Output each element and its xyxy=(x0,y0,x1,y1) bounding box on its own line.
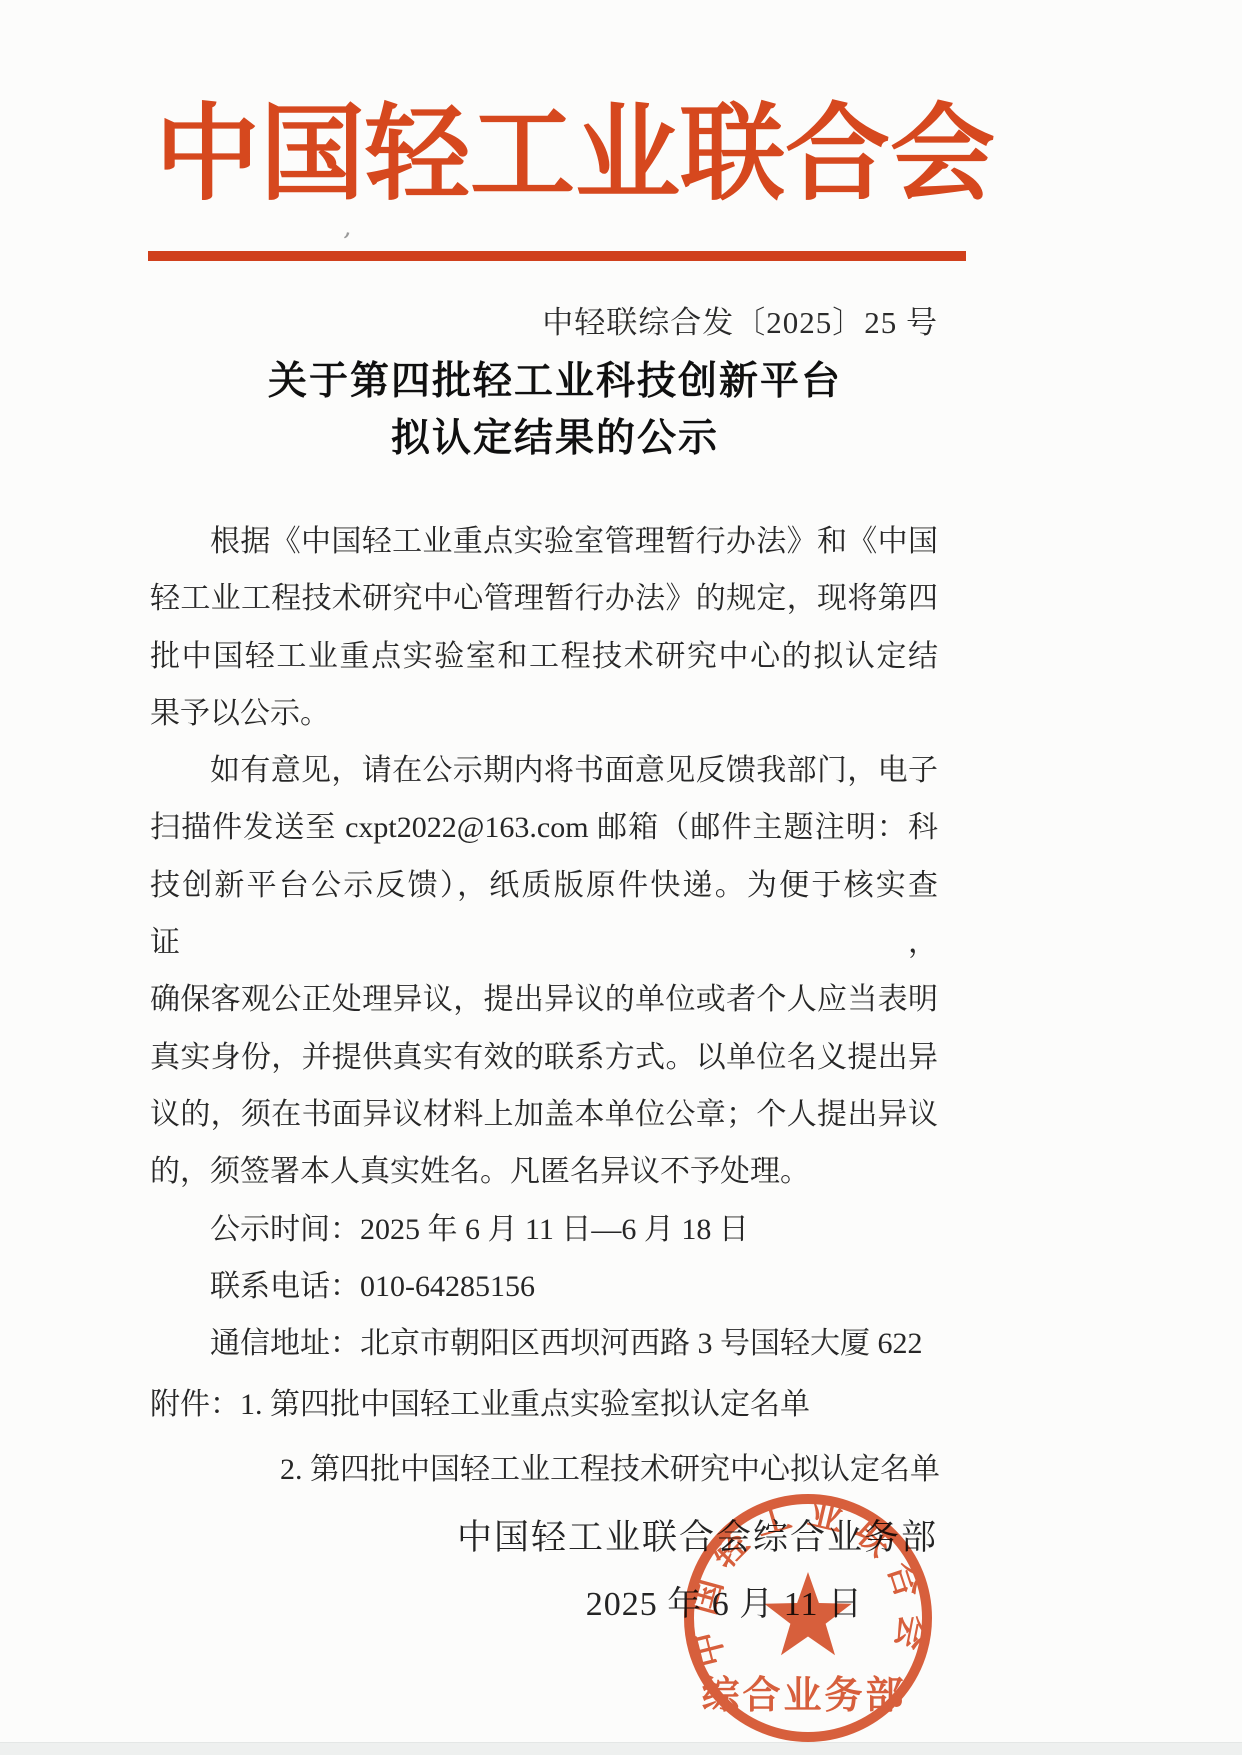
body-line: 的，须签署本人真实姓名。凡匿名异议不予处理。 xyxy=(150,1143,938,1200)
document-title-line-2: 拟认定结果的公示 xyxy=(150,407,960,463)
body-line: 议的，须在书面异议材料上加盖本单位公章；个人提出异议 xyxy=(150,1086,938,1143)
document-title-line-1: 关于第四批轻工业科技创新平台 xyxy=(150,350,960,406)
body-line: 如有意见，请在公示期内将书面意见反馈我部门，电子 xyxy=(150,742,938,799)
body-line: 技创新平台公示反馈），纸质版原件快递。为便于核实查证， xyxy=(150,857,938,972)
body-line: 轻工业工程技术研究中心管理暂行办法》的规定，现将第四 xyxy=(150,570,938,627)
masthead-title: 中国轻工业联合会 xyxy=(155,100,963,210)
scan-bottom-edge xyxy=(0,1742,1242,1755)
attachment-item-1: 附件：1. 第四批中国轻工业重点实验室拟认定名单 xyxy=(150,1372,950,1437)
contact-phone-line: 联系电话：010-64285156 xyxy=(150,1258,938,1315)
document-body: 根据《中国轻工业重点实验室管理暂行办法》和《中国 轻工业工程技术研究中心管理暂行… xyxy=(150,513,938,1372)
seal-bottom-text: 综合业务部 xyxy=(701,1675,906,1717)
seal-star-icon xyxy=(764,1572,851,1655)
body-line: 根据《中国轻工业重点实验室管理暂行办法》和《中国 xyxy=(150,513,938,570)
official-seal-stamp: 中国轻工业联合会 综合业务部 xyxy=(672,1482,944,1754)
mailing-address-line: 通信地址：北京市朝阳区西坝河西路 3 号国轻大厦 622 xyxy=(150,1315,938,1372)
publicity-period-line: 公示时间：2025 年 6 月 11 日—6 月 18 日 xyxy=(150,1201,938,1258)
body-line: 真实身份，并提供真实有效的联系方式。以单位名义提出异 xyxy=(150,1029,938,1086)
body-line: 确保客观公正处理异议，提出异议的单位或者个人应当表明 xyxy=(150,971,938,1028)
document-number: 中轻联综合发〔2025〕25 号 xyxy=(150,297,938,342)
red-divider-rule xyxy=(148,251,966,261)
body-line: 果予以公示。 xyxy=(150,685,938,742)
scanned-document-page: 中国轻工业联合会 ’ 中轻联综合发〔2025〕25 号 关于第四批轻工业科技创新… xyxy=(0,0,1242,1755)
body-line: 批中国轻工业重点实验室和工程技术研究中心的拟认定结 xyxy=(150,628,938,685)
body-line: 扫描件发送至 cxpt2022@163.com 邮箱（邮件主题注明：科 xyxy=(150,799,938,856)
